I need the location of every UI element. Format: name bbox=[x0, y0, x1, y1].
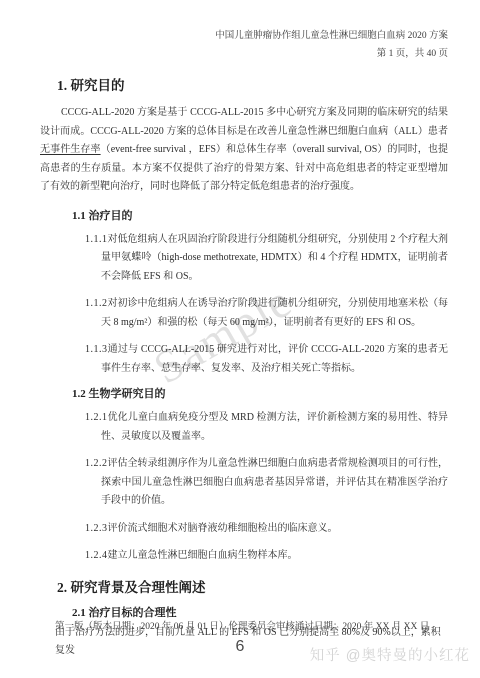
item-text: 建立儿童急性淋巴细胞白血病生物样本库。 bbox=[108, 550, 298, 561]
document-footer: 第一版（版本日期：2020 年 06 月 01 日） 伦理委员会审核通过日期：2… bbox=[55, 618, 410, 632]
item-text: 对低危组病人在巩固治疗阶段进行分组随机分组研究，分别使用 2 个疗程大剂量甲氨蝶… bbox=[101, 234, 448, 282]
list-item-1-1-2: 1.1.2对初诊中危组病人在诱导治疗阶段进行随机分组研究，分别使用地塞米松（每天… bbox=[85, 295, 448, 332]
footer-ethics-info: 伦理委员会审核通过日期：2020 年 XX 月 XX 日 bbox=[228, 618, 429, 632]
section-1-intro-paragraph: CCCG-ALL-2020 方案是基于 CCCG-ALL-2015 多中心研究方… bbox=[40, 104, 448, 197]
footer-version-info: 第一版（版本日期：2020 年 06 月 01 日） bbox=[55, 618, 228, 632]
item-text: 优化儿童白血病免疫分型及 MRD 检测方法，评价新检测方案的易用性、特异性、灵敏… bbox=[101, 412, 448, 442]
intro-text-before: CCCG-ALL-2020 方案是基于 CCCG-ALL-2015 多中心研究方… bbox=[40, 107, 448, 137]
section-1-heading: 1. 研究目的 bbox=[57, 78, 448, 94]
item-text: 评估全转录组测序作为儿童急性淋巴细胞白血病患者常规检测项目的可行性，探索中国儿童… bbox=[101, 458, 448, 506]
item-number: 1.1.1 bbox=[85, 234, 108, 245]
intro-underlined-term: 无事件生存率 bbox=[40, 144, 101, 155]
item-number: 1.1.2 bbox=[85, 298, 108, 309]
item-number: 1.2.3 bbox=[85, 523, 108, 534]
zhihu-watermark: 知乎 @奥特曼的小红花 bbox=[310, 644, 470, 665]
header-title: 中国儿童肿瘤协作组儿童急性淋巴细胞白血病 2020 方案 bbox=[40, 27, 448, 45]
list-item-1-2-1: 1.2.1优化儿童白血病免疫分型及 MRD 检测方法，评价新检测方案的易用性、特… bbox=[85, 409, 448, 446]
list-item-1-1-1: 1.1.1对低危组病人在巩固治疗阶段进行分组随机分组研究，分别使用 2 个疗程大… bbox=[85, 231, 448, 287]
list-item-1-2-3: 1.2.3评价流式细胞术对脑脊液幼稚细胞检出的临床意义。 bbox=[85, 520, 448, 539]
section-2-heading: 2. 研究背景及合理性阐述 bbox=[57, 580, 448, 596]
item-number: 1.2.2 bbox=[85, 458, 108, 469]
document-header: 中国儿童肿瘤协作组儿童急性淋巴细胞白血病 2020 方案 第 1 页，共 40 … bbox=[40, 27, 448, 63]
item-text: 评价流式细胞术对脑脊液幼稚细胞检出的临床意义。 bbox=[108, 523, 338, 534]
list-item-1-2-2: 1.2.2评估全转录组测序作为儿童急性淋巴细胞白血病患者常规检测项目的可行性，探… bbox=[85, 455, 448, 511]
header-page-count: 第 1 页，共 40 页 bbox=[40, 45, 448, 63]
item-number: 1.1.3 bbox=[85, 344, 108, 355]
list-item-1-1-3: 1.1.3通过与 CCCG-ALL-2015 研究进行对比，评价 CCCG-AL… bbox=[85, 341, 448, 378]
item-number: 1.2.4 bbox=[85, 550, 108, 561]
document-page: Sample 中国儿童肿瘤协作组儿童急性淋巴细胞白血病 2020 方案 第 1 … bbox=[0, 0, 480, 678]
item-text: 通过与 CCCG-ALL-2015 研究进行对比，评价 CCCG-ALL-202… bbox=[101, 344, 448, 374]
intro-text-after: （event-free survival ，EFS）和总体生存率（overall… bbox=[40, 144, 448, 192]
item-number: 1.2.1 bbox=[85, 412, 108, 423]
subsection-1-1-heading: 1.1 治疗目的 bbox=[72, 209, 448, 223]
subsection-1-2-heading: 1.2 生物学研究目的 bbox=[72, 387, 448, 401]
item-text: 对初诊中危组病人在诱导治疗阶段进行随机分组研究，分别使用地塞米松（每天 8 mg… bbox=[101, 298, 448, 328]
document-body: 1. 研究目的 CCCG-ALL-2020 方案是基于 CCCG-ALL-201… bbox=[40, 78, 448, 661]
list-item-1-2-4: 1.2.4建立儿童急性淋巴细胞白血病生物样本库。 bbox=[85, 547, 448, 566]
